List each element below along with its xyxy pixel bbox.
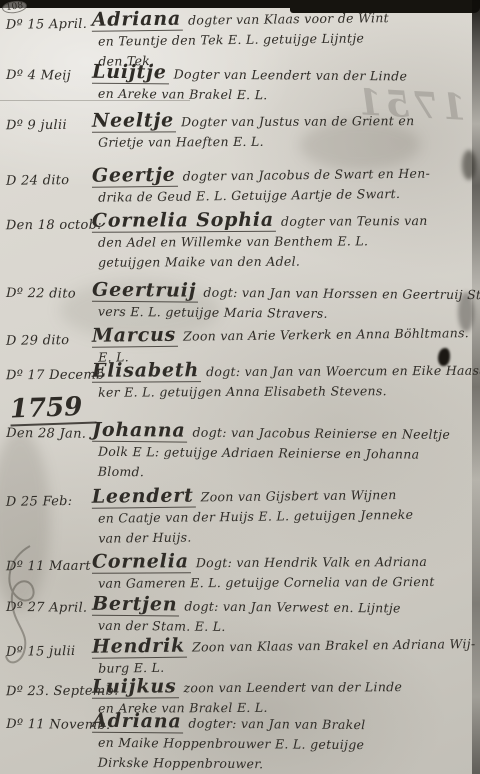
entry-date: Dº 9 julii xyxy=(6,111,92,133)
entry-text-line: den Adel en Willemke van Benthem E. L. xyxy=(98,231,466,253)
entry-text-line: Dirkske Hoppenbrouwer. xyxy=(98,753,466,774)
child-name: Adriana xyxy=(92,710,183,734)
baptism-entry: Dº 9 julii NeeltjeDogter van Justus van … xyxy=(6,109,466,153)
entry-body: Cornelia Sophiadogter van Teunis van den… xyxy=(92,209,466,273)
entry-date: Dº 4 Meij xyxy=(6,61,92,84)
entry-date: D 24 dito xyxy=(6,166,92,189)
baptism-entry: Dº 11 Novemb. Adrianadogter: van Jan van… xyxy=(6,710,467,774)
entry-date: D 25 Feb: xyxy=(6,487,92,510)
entry-text-line: Johannadogt: van Jacobus Reinierse en Ne… xyxy=(92,420,466,445)
entry-text-line: CorneliaDogt: van Hendrik Valk en Adrian… xyxy=(92,550,466,574)
entry-text: dogt: van Jacobus Reinierse en Neeltje xyxy=(192,425,450,442)
entry-body: Johannadogt: van Jacobus Reinierse en Ne… xyxy=(92,420,467,485)
entry-text-line: Adrianadogter: van Jan van Brakel xyxy=(92,711,466,736)
entry-body: NeeltjeDogter van Justus van de Grient e… xyxy=(92,109,466,153)
entry-text-line: NeeltjeDogter van Justus van de Grient e… xyxy=(92,109,466,133)
entry-date: Dº 11 Maart xyxy=(6,552,92,574)
entry-text: dogter van Klaas voor de Wint xyxy=(188,10,389,27)
entry-text: Zoon van Gijsbert van Wijnen xyxy=(201,487,397,504)
entry-text-line: Blomd. xyxy=(98,462,466,485)
child-name: Geertje xyxy=(92,164,178,188)
entry-text-line: Luijkuszoon van Leendert van der Linde xyxy=(92,675,466,699)
child-name: Leendert xyxy=(92,484,196,508)
entry-body: Elisabethdogt: van Jan van Woercum en Ei… xyxy=(92,359,466,403)
baptism-entry: Dº 11 Maart CorneliaDogt: van Hendrik Va… xyxy=(6,550,466,594)
entry-text-line: van der Huijs. xyxy=(98,524,466,548)
child-name: Johanna xyxy=(92,419,188,443)
baptism-entry: Dº 15 julii HendrikZoon van Klaas van Br… xyxy=(6,632,466,680)
entry-text-line: Elisabethdogt: van Jan van Woercum en Ei… xyxy=(92,359,466,383)
entry-body: CorneliaDogt: van Hendrik Valk en Adrian… xyxy=(92,550,466,594)
manuscript-page: 1751 108 Dº 15 April. Adrianadogter van … xyxy=(0,0,480,774)
entry-date: Den 28 Jan. xyxy=(6,419,92,442)
entry-text-line: Dolk E L: getuijge Adriaen Reinierse en … xyxy=(98,442,466,465)
entry-text-line: Grietje van Haeften E. L. xyxy=(98,131,466,153)
entry-date: Den 18 octob: xyxy=(6,211,92,233)
child-name: Neeltje xyxy=(92,109,176,132)
child-name: Cornelia Sophia xyxy=(92,209,276,233)
baptism-entry: Dº 4 Meij LuijtjeDogter van Leendert van… xyxy=(6,61,466,107)
entry-text: Zoon van Arie Verkerk en Anna Böhltmans. xyxy=(183,325,469,343)
entry-text-line: getuijgen Maike van den Adel. xyxy=(98,251,466,273)
entry-date: Dº 17 Decemb xyxy=(6,361,92,383)
entry-text: Dogt: van Hendrik Valk en Adriana xyxy=(196,554,427,570)
entry-date: Dº 22 dito xyxy=(6,279,92,302)
page-binding-edge xyxy=(472,0,480,774)
entry-date: Dº 23. Septemb. xyxy=(6,677,92,699)
child-name: Marcus xyxy=(92,324,179,348)
entry-date: Dº 15 April. xyxy=(6,10,92,33)
child-name: Elisabeth xyxy=(92,359,201,383)
entry-date: Dº 27 April. xyxy=(6,593,92,616)
child-name: Bertjen xyxy=(92,593,180,617)
entry-body: HendrikZoon van Klaas van Brakel en Adri… xyxy=(92,632,466,679)
entry-body: LeendertZoon van Gijsbert van Wijnen en … xyxy=(92,482,467,549)
entry-text: dogter van Teunis van xyxy=(281,213,428,229)
entry-text-line: ker E. L. getuijgen Anna Elisabeth Steve… xyxy=(98,381,466,403)
child-name: Cornelia xyxy=(92,550,191,574)
entry-text: zoon van Leendert van der Linde xyxy=(183,679,402,695)
child-name: Hendrik xyxy=(92,635,187,659)
entry-text-line: Bertjendogt: van Jan Verwest en. Lijntje xyxy=(92,594,466,619)
child-name: Geertruij xyxy=(92,279,199,303)
baptism-entry: D 25 Feb: LeendertZoon van Gijsbert van … xyxy=(6,482,467,550)
entry-date: Dº 11 Novemb. xyxy=(6,710,92,733)
baptism-entry: D 24 dito Geertjedogter van Jacobus de S… xyxy=(6,161,466,209)
baptism-entry: Dº 22 dito Geertruijdogt: van Jan van Ho… xyxy=(6,279,466,325)
entry-date: D 29 dito xyxy=(6,326,92,349)
child-name: Luijtje xyxy=(92,61,169,85)
entry-text: dogter van Jacobus de Swart en Hen- xyxy=(183,166,431,184)
baptism-entry: Den 28 Jan. Johannadogt: van Jacobus Rei… xyxy=(6,419,467,485)
entry-text: dogt: van Jan Verwest en. Lijntje xyxy=(184,599,400,616)
entry-body: Geertjedogter van Jacobus de Swart en He… xyxy=(92,161,466,208)
entry-text-line: LuijtjeDogter van Leendert van der Linde xyxy=(92,62,466,87)
entry-text: Dogter van Leendert van der Linde xyxy=(174,66,408,83)
entry-text-line: drika de Geud E. L. Getuijge Aartje de S… xyxy=(98,183,466,207)
entry-text: dogt: van Jan van Woercum en Eike Haasak… xyxy=(206,363,480,380)
child-name: Adriana xyxy=(92,8,184,32)
entry-text-line: en Areke van Brakel E. L. xyxy=(98,84,466,107)
entry-date: Dº 15 julii xyxy=(6,637,92,660)
entry-text-line: MarcusZoon van Arie Verkerk en Anna Böhl… xyxy=(92,321,466,348)
entry-body: LuijtjeDogter van Leendert van der Linde… xyxy=(92,62,466,107)
entry-text-line: van Gameren E. L. getuijge Cornelia van … xyxy=(98,572,466,594)
entry-text-line: Geertjedogter van Jacobus de Swart en He… xyxy=(92,161,466,188)
entry-text-line: Geertruijdogt: van Jan van Horssen en Ge… xyxy=(92,280,466,305)
child-name: Luijkus xyxy=(92,675,179,698)
baptism-entry: Den 18 octob: Cornelia Sophiadogter van … xyxy=(6,209,466,273)
entry-text-line: Cornelia Sophiadogter van Teunis van xyxy=(92,209,466,233)
entry-text: dogt: van Jan van Horssen en Geertruij S… xyxy=(203,285,480,303)
entry-text: dogter: van Jan van Brakel xyxy=(188,716,365,733)
entry-text: Zoon van Klaas van Brakel en Adriana Wij… xyxy=(192,636,476,654)
entry-text: Dogter van Justus van de Grient en xyxy=(181,113,414,129)
entry-body: Geertruijdogt: van Jan van Horssen en Ge… xyxy=(92,280,466,325)
entry-text-line: HendrikZoon van Klaas van Brakel en Adri… xyxy=(92,632,466,659)
entry-body: Adrianadogter: van Jan van Brakel en Mai… xyxy=(92,711,467,774)
